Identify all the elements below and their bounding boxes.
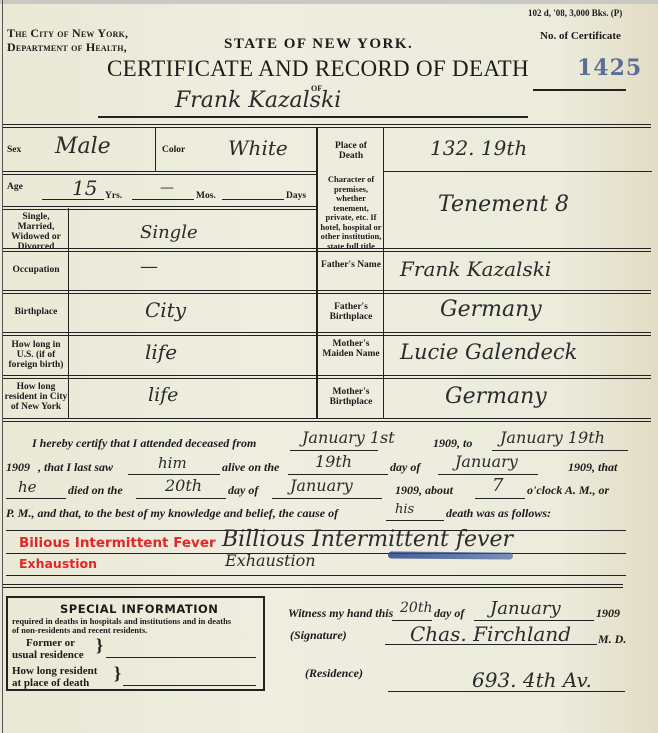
deceased-name: Frank Kazalski [175, 88, 341, 113]
cert-year-1: 1909 [6, 460, 30, 475]
physician-residence: 693. 4th Av. [472, 668, 592, 692]
place-of-death-label: Place of Death [322, 141, 380, 161]
special-information-desc-2: of non-residents and recent residents. [12, 626, 147, 635]
mother-maiden-value: Lucie Galendeck [400, 340, 577, 364]
pronoun: him [158, 454, 187, 472]
cert-text-6: 1909, that [568, 460, 617, 475]
witness-day: 20th [400, 600, 432, 616]
subject-line [6, 498, 66, 499]
color-value: White [228, 136, 288, 160]
grid-vline-color [155, 127, 156, 171]
age-years-value: 15 [72, 176, 97, 200]
certificate-title: CERTIFICATE AND RECORD OF DEATH [107, 56, 529, 82]
state-heading: STATE OF NEW YORK. [224, 36, 413, 53]
physician-signature: Chas. Firchland [410, 622, 571, 646]
grid-rule-age [3, 206, 317, 210]
special-information-title: SPECIAL INFORMATION [60, 602, 218, 616]
age-months-value: — [160, 180, 174, 196]
grid-top-rule [3, 124, 651, 128]
agency-line-1: The City of New York, [7, 26, 128, 40]
witness-year: 1909 [596, 606, 620, 621]
cert-text-9: 1909, about [395, 483, 453, 498]
cert-text-11: P. M., and that, to the best of my knowl… [6, 506, 338, 521]
signature-label: (Signature) [290, 628, 347, 643]
witness-month: January [490, 598, 561, 619]
his-line [386, 520, 444, 521]
annotation-cause-1: Bilious Intermittent Fever [19, 535, 216, 551]
death-day: 20th [165, 476, 202, 495]
cause-of-death-line-2: Exhaustion [225, 551, 316, 570]
cert-number-underline [533, 89, 626, 91]
subject: he [18, 478, 37, 496]
birthplace-value: City [145, 298, 186, 322]
how-long-city-value: life [148, 384, 178, 406]
last-seen-month: January [455, 452, 518, 471]
age-days-label: Days [286, 191, 306, 201]
grid-rule-occupation [3, 290, 651, 294]
blue-ink-mark [388, 551, 513, 559]
cert-text-5: day of [390, 460, 420, 475]
from-date: January 1st [302, 428, 395, 447]
age-months-line [132, 199, 194, 200]
sex-label: Sex [7, 145, 21, 155]
cert-text-12: death was as follows: [446, 506, 551, 521]
premises-label: Character of premises, whether tenement,… [319, 175, 383, 251]
brace-icon: } [96, 639, 103, 651]
witness-text-1: Witness my hand this [288, 606, 393, 621]
agency-line-2: Department of Health, [7, 40, 127, 54]
cert-text-2: 1909, to [433, 436, 472, 451]
occupation-value: — [140, 256, 158, 277]
father-name-value: Frank Kazalski [400, 257, 551, 281]
certificate-number: 1425 [577, 55, 642, 81]
to-date-line [492, 450, 628, 451]
to-date: January 19th [500, 428, 605, 447]
cause-line-2-rule [6, 575, 626, 576]
cert-text-8: day of [228, 483, 258, 498]
death-hour: 7 [492, 475, 503, 496]
death-certificate-page: The City of New York, Department of Heal… [0, 0, 658, 733]
cause-line-1-rule [6, 553, 626, 554]
annotation-cause-2: Exhaustion [19, 556, 97, 571]
grid-vline-mid [316, 127, 318, 418]
death-month: January [290, 476, 353, 495]
hour-line [475, 498, 525, 499]
death-month-line [272, 498, 382, 499]
scan-top-edge [0, 0, 658, 4]
premises-value: Tenement 8 [438, 192, 569, 217]
brace-icon: } [114, 667, 121, 679]
color-label: Color [162, 145, 185, 155]
age-label: Age [7, 182, 23, 192]
age-months-label: Mos. [196, 191, 216, 201]
grid-rule-birthplace [3, 332, 651, 336]
how-long-city-label: How long resident in City of New York [3, 382, 69, 412]
from-date-line [290, 450, 378, 451]
age-days-line [222, 199, 284, 200]
certificate-number-label: No. of Certificate [540, 30, 621, 42]
age-years-label: Yrs. [105, 191, 122, 201]
former-residence-label-2: usual residence [12, 649, 84, 661]
marital-value: Single [140, 222, 198, 243]
place-of-death-value: 132. 19th [430, 136, 527, 160]
sex-value: Male [55, 134, 111, 159]
last-seen-day-line [288, 474, 388, 475]
section-divider [3, 584, 623, 588]
grid-rule-sex [3, 171, 317, 175]
birthplace-label: Birthplace [3, 307, 69, 317]
how-long-resident-label-2: at place of death [12, 677, 89, 689]
residence-label: (Residence) [305, 666, 363, 681]
mother-maiden-label: Mother's Maiden Name [319, 339, 383, 359]
last-seen-month-line [438, 474, 538, 475]
md-label: M. D. [598, 632, 626, 647]
cert-text-7: died on the [68, 483, 123, 498]
name-underline [98, 116, 528, 118]
cert-text-10: o'clock A. M., or [527, 483, 609, 498]
cause-of-death-line-1: Billious Intermittent fever [222, 527, 513, 552]
how-long-resident-label-1: How long resident [12, 665, 97, 677]
his: his [395, 502, 414, 517]
grid-bottom-rule [3, 418, 651, 422]
last-seen-day: 19th [315, 452, 352, 471]
cert-text-4: alive on the [222, 460, 279, 475]
marital-label: Single, Married, Widowed or Divorced [3, 212, 69, 252]
how-long-us-value: life [145, 340, 177, 364]
mother-birthplace-value: Germany [445, 384, 547, 409]
witness-month-line [474, 620, 594, 621]
cert-text-1: I hereby certify that I attended decease… [32, 436, 256, 451]
occupation-label: Occupation [3, 265, 69, 275]
mother-birthplace-label: Mother's Birthplace [319, 387, 383, 407]
cert-text-3: , that I last saw [38, 460, 113, 475]
witness-text-2: day of [434, 606, 464, 621]
grid-rule-place [384, 171, 652, 172]
pronoun-line [128, 474, 220, 475]
former-residence-label-1: Former or [26, 637, 75, 649]
father-birthplace-label: Father's Birthplace [319, 302, 383, 322]
how-long-resident-field[interactable] [123, 685, 256, 686]
grid-vline-right [383, 127, 384, 418]
father-name-label: Father's Name [319, 260, 383, 270]
print-code: 102 d, '08, 3,000 Bks. (P) [528, 8, 622, 18]
father-birthplace-value: Germany [440, 297, 542, 322]
former-residence-field[interactable] [106, 657, 256, 658]
witness-day-line [392, 620, 432, 621]
grid-rule-howlong [3, 375, 651, 379]
how-long-us-label: How long in U.S. (if of foreign birth) [3, 340, 69, 370]
death-day-line [136, 498, 226, 499]
special-information-box: SPECIAL INFORMATION required in deaths i… [6, 596, 265, 691]
